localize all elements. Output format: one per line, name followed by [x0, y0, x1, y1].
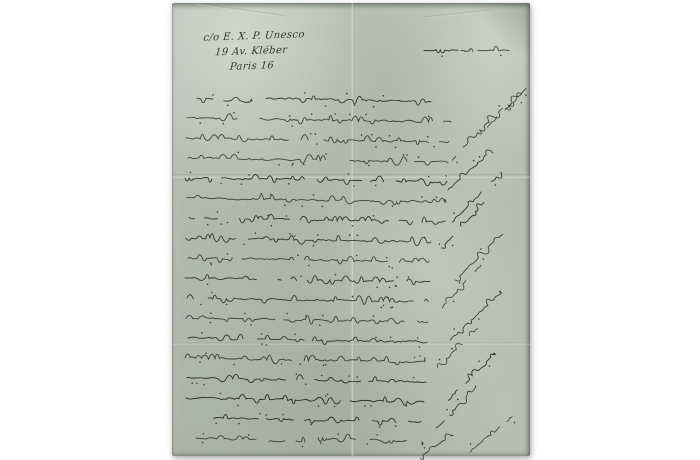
fold-crease-vertical: [351, 3, 354, 456]
fold-crease-horizontal-lower: [172, 342, 530, 345]
sender-address: c/o E. X. P. Unesco 19 Av. Kléber Paris …: [200, 27, 305, 76]
letter-paper: c/o E. X. P. Unesco 19 Av. Kléber Paris …: [172, 3, 530, 456]
paper-wrinkle: [196, 3, 285, 18]
paper-wrinkle: [422, 9, 492, 18]
scan-background: c/o E. X. P. Unesco 19 Av. Kléber Paris …: [0, 0, 700, 460]
fold-crease-horizontal-upper: [172, 174, 530, 178]
address-line-3: Paris 16: [229, 57, 303, 75]
corner-shadow: [470, 3, 530, 53]
